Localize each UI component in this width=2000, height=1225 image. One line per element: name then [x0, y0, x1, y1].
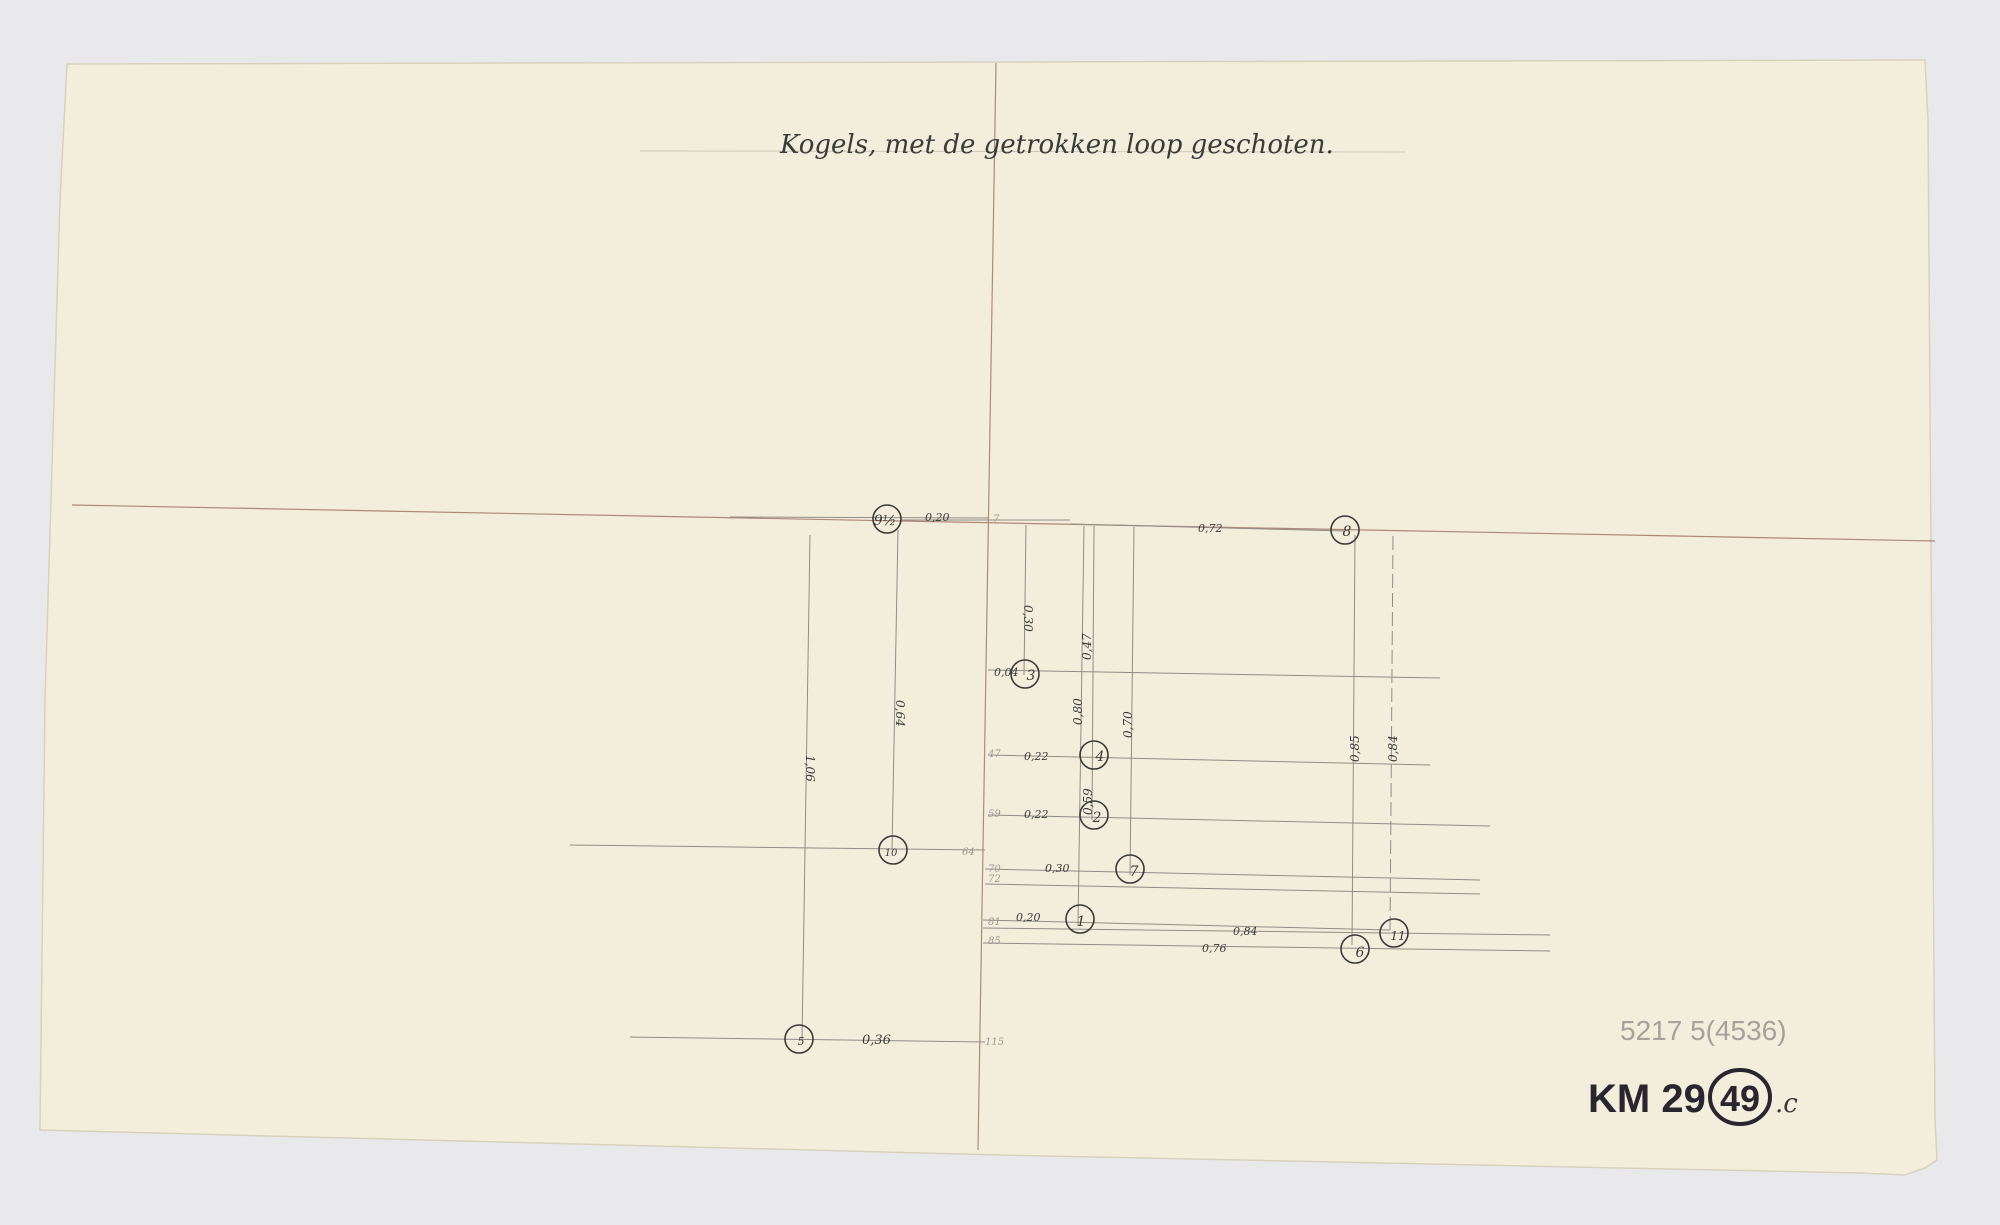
axis-tick: 115: [985, 1037, 1004, 1048]
measurement-label: 0,30: [1045, 862, 1070, 875]
axis-tick: 81: [988, 917, 1001, 928]
measurement-label: 0,30: [1021, 605, 1035, 632]
catalog-number: 49: [1720, 1078, 1760, 1119]
measurement-label: 0,20: [1016, 911, 1041, 924]
measurement-label: 1,06: [803, 755, 817, 782]
axis-tick: 47: [987, 749, 1001, 760]
catalog-code: KM 29: [1588, 1077, 1706, 1121]
page-title: Kogels, met de getrokken loop geschoten.: [779, 130, 1334, 160]
measurement-label: 0,72: [1198, 522, 1223, 535]
axis-tick: 64: [962, 847, 975, 858]
measurement-label: 0,76: [1202, 942, 1227, 955]
measurement-label: 0,22: [1024, 750, 1049, 763]
measurement-label: 0,85: [1348, 735, 1362, 762]
measurement-label: 0,84: [1233, 925, 1258, 938]
shot-label: 5: [798, 1035, 805, 1048]
measurement-label: 0,47: [1080, 633, 1094, 660]
measurement-label: 0,64: [893, 700, 907, 727]
measurement-label: 0,36: [862, 1033, 891, 1048]
catalog-suffix: .c: [1775, 1089, 1798, 1119]
measurement-label: 0,84: [1386, 735, 1400, 762]
measurement-label: 0,04: [994, 666, 1019, 679]
measurement-label: 0,20: [925, 511, 950, 524]
paper-sheet: [40, 60, 1937, 1175]
inventory-number: 5217 5(4536): [1620, 1015, 1787, 1046]
measurement-label: 0,22: [1024, 808, 1049, 821]
measurement-label: 0,70: [1121, 711, 1135, 738]
measurement-label: 0,80: [1071, 698, 1085, 725]
shot-label: 4: [1095, 749, 1105, 765]
drawing-sheet: Kogels, met de getrokken loop geschoten.…: [0, 0, 2000, 1225]
shot-label: 10: [885, 848, 898, 859]
shot-label: 8: [1343, 524, 1352, 540]
axis-tick: 85: [988, 936, 1001, 947]
axis-tick: 7: [993, 514, 1000, 525]
shot-label: 6: [1356, 945, 1365, 961]
axis-tick: 72: [988, 874, 1001, 885]
shot-label: 11: [1390, 929, 1405, 943]
axis-tick: 59: [988, 809, 1001, 820]
shot-label: 9½: [874, 513, 896, 529]
shot-label: 1: [1077, 914, 1086, 930]
shot-label: 3: [1027, 668, 1036, 684]
shot-label: 7: [1130, 864, 1139, 880]
measurement-label: 0,59: [1081, 788, 1095, 815]
